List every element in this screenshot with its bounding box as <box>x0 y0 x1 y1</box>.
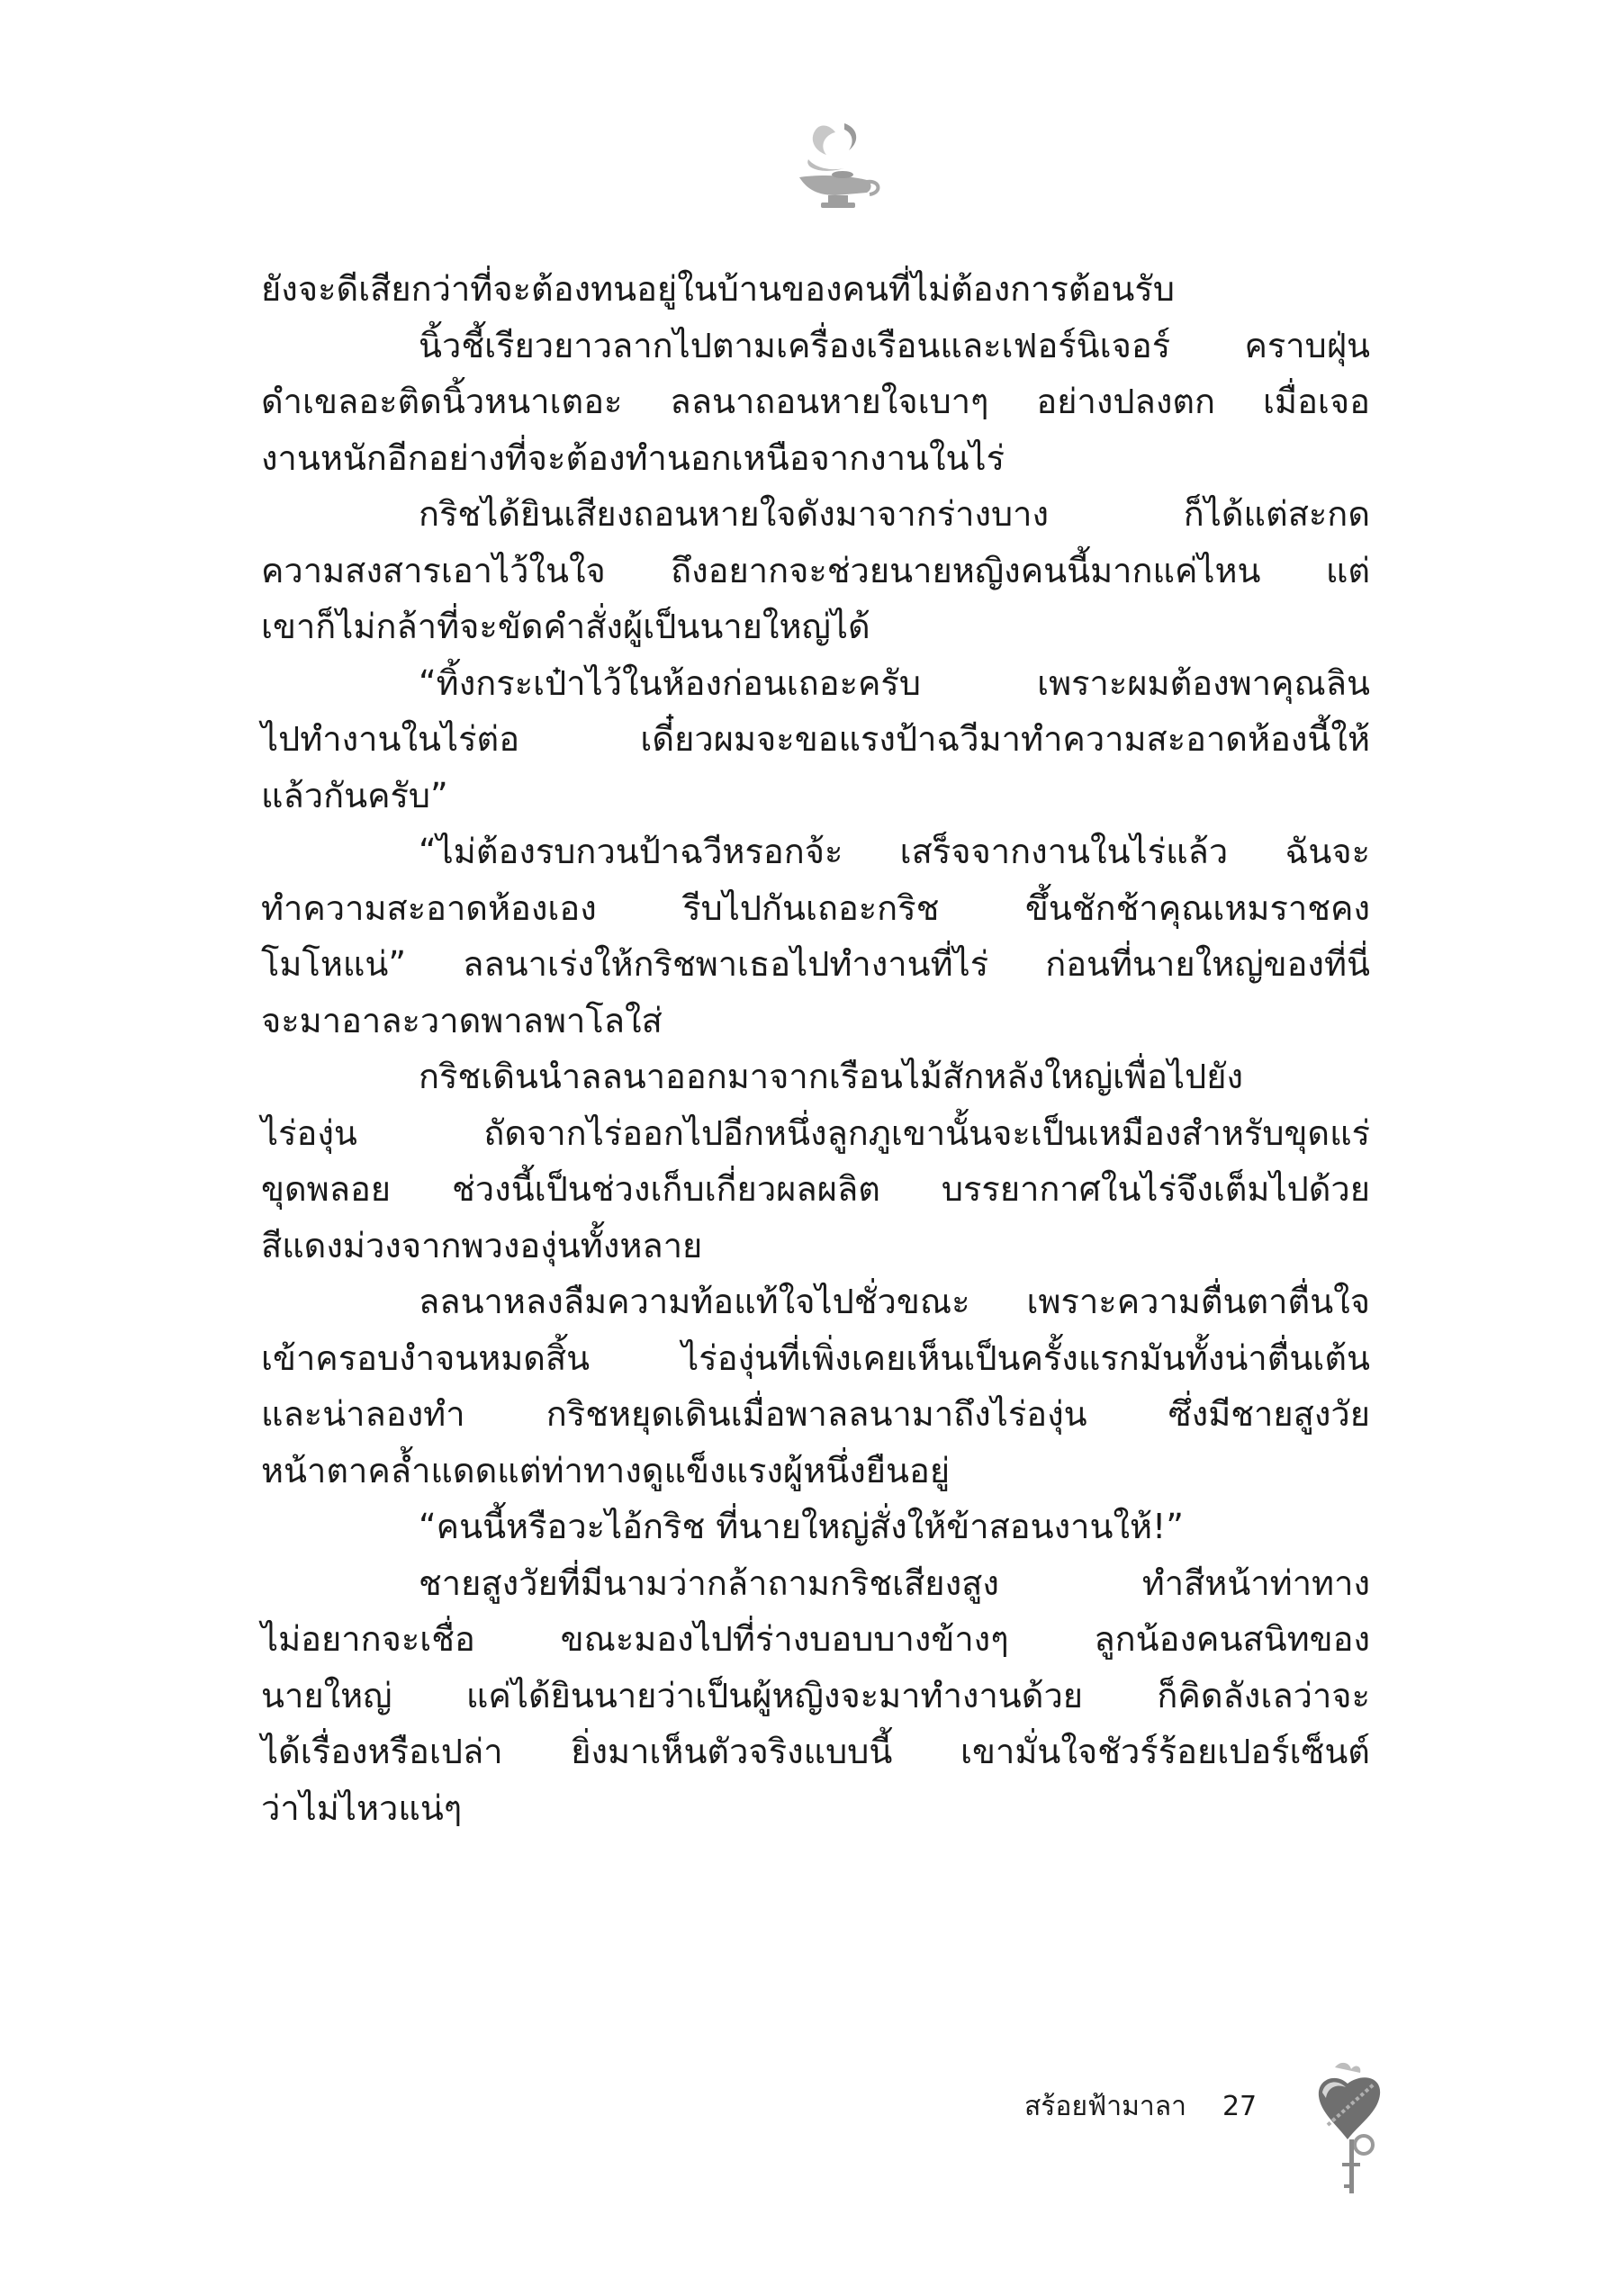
text-line: หน้าตาคล้ำแดดแต่ท่าทางดูแข็งแรงผู้หนึ่งย… <box>261 1443 1370 1499</box>
book-title: สร้อยฟ้ามาลา <box>1024 2085 1186 2128</box>
text-line: ความสงสารเอาไว้ในใจ ถึงอยากจะช่วยนายหญิง… <box>261 543 1370 599</box>
page-number: 27 <box>1222 2091 1257 2122</box>
text-line: นิ้วชี้เรียวยาวลากไปตามเครื่องเรือนและเฟ… <box>261 318 1370 374</box>
text-line: จะมาอาละวาดพาลพาโลใส่ <box>261 993 1370 1049</box>
genie-lamp-icon <box>781 119 889 218</box>
text-line: ไปทำงานในไร่ต่อ เดี๋ยวผมจะขอแรงป้าฉวีมาท… <box>261 711 1370 768</box>
text-line: ลลนาหลงลืมความท้อแท้ใจไปชั่วขณะ เพราะควา… <box>261 1274 1370 1330</box>
text-line: กริชเดินนำลลนาออกมาจากเรือนไม้สักหลังใหญ… <box>261 1049 1370 1105</box>
text-line: ไร่องุ่น ถัดจากไร่ออกไปอีกหนึ่งลูกภูเขาน… <box>261 1105 1370 1162</box>
text-line: กริชได้ยินเสียงถอนหายใจดังมาจากร่างบาง ก… <box>261 486 1370 543</box>
text-line: ไม่อยากจะเชื่อ ขณะมองไปที่ร่างบอบบางข้าง… <box>261 1611 1370 1668</box>
chapter-body-text: ยังจะดีเสียกว่าที่จะต้องทนอยู่ในบ้านของค… <box>261 261 1370 1836</box>
text-line: ขุดพลอย ช่วงนี้เป็นช่วงเก็บเกี่ยวผลผลิต … <box>261 1161 1370 1218</box>
text-line: งานหนักอีกอย่างที่จะต้องทำนอกเหนือจากงาน… <box>261 430 1370 487</box>
text-line: “ไม่ต้องรบกวนป้าฉวีหรอกจ้ะ เสร็จจากงานใน… <box>261 824 1370 880</box>
text-line: นายใหญ่ แค่ได้ยินนายว่าเป็นผู้หญิงจะมาทำ… <box>261 1668 1370 1724</box>
text-line: เขาก็ไม่กล้าที่จะขัดคำสั่งผู้เป็นนายใหญ่… <box>261 599 1370 655</box>
text-line: โมโหแน่” ลลนาเร่งให้กริชพาเธอไปทำงานที่ไ… <box>261 936 1370 993</box>
page-footer: สร้อยฟ้ามาลา 27 <box>1024 2079 1257 2133</box>
text-line: แล้วกันครับ” <box>261 768 1370 824</box>
heart-key-icon <box>1310 2057 1386 2210</box>
text-line: “ทิ้งกระเป๋าไว้ในห้องก่อนเถอะครับ เพราะผ… <box>261 655 1370 712</box>
text-line: สีแดงม่วงจากพวงองุ่นทั้งหลาย <box>261 1218 1370 1274</box>
text-line: และน่าลองทำ กริชหยุดเดินเมื่อพาลลนามาถึง… <box>261 1386 1370 1443</box>
text-line: ว่าไม่ไหวแน่ๆ <box>261 1780 1370 1837</box>
text-line: “คนนี้หรือวะไอ้กริช ที่นายใหญ่สั่งให้ข้า… <box>261 1499 1370 1555</box>
text-line: ยังจะดีเสียกว่าที่จะต้องทนอยู่ในบ้านของค… <box>261 261 1370 318</box>
text-line: ดำเขลอะติดนิ้วหนาเตอะ ลลนาถอนหายใจเบาๆ อ… <box>261 374 1370 430</box>
text-line: ได้เรื่องหรือเปล่า ยิ่งมาเห็นตัวจริงแบบน… <box>261 1724 1370 1780</box>
text-line: ชายสูงวัยที่มีนามว่ากล้าถามกริชเสียงสูง … <box>261 1555 1370 1612</box>
text-line: เข้าครอบงำจนหมดสิ้น ไร่องุ่นที่เพิ่งเคยเ… <box>261 1330 1370 1387</box>
text-line: ทำความสะอาดห้องเอง รีบไปกันเถอะกริช ขึ้น… <box>261 880 1370 937</box>
